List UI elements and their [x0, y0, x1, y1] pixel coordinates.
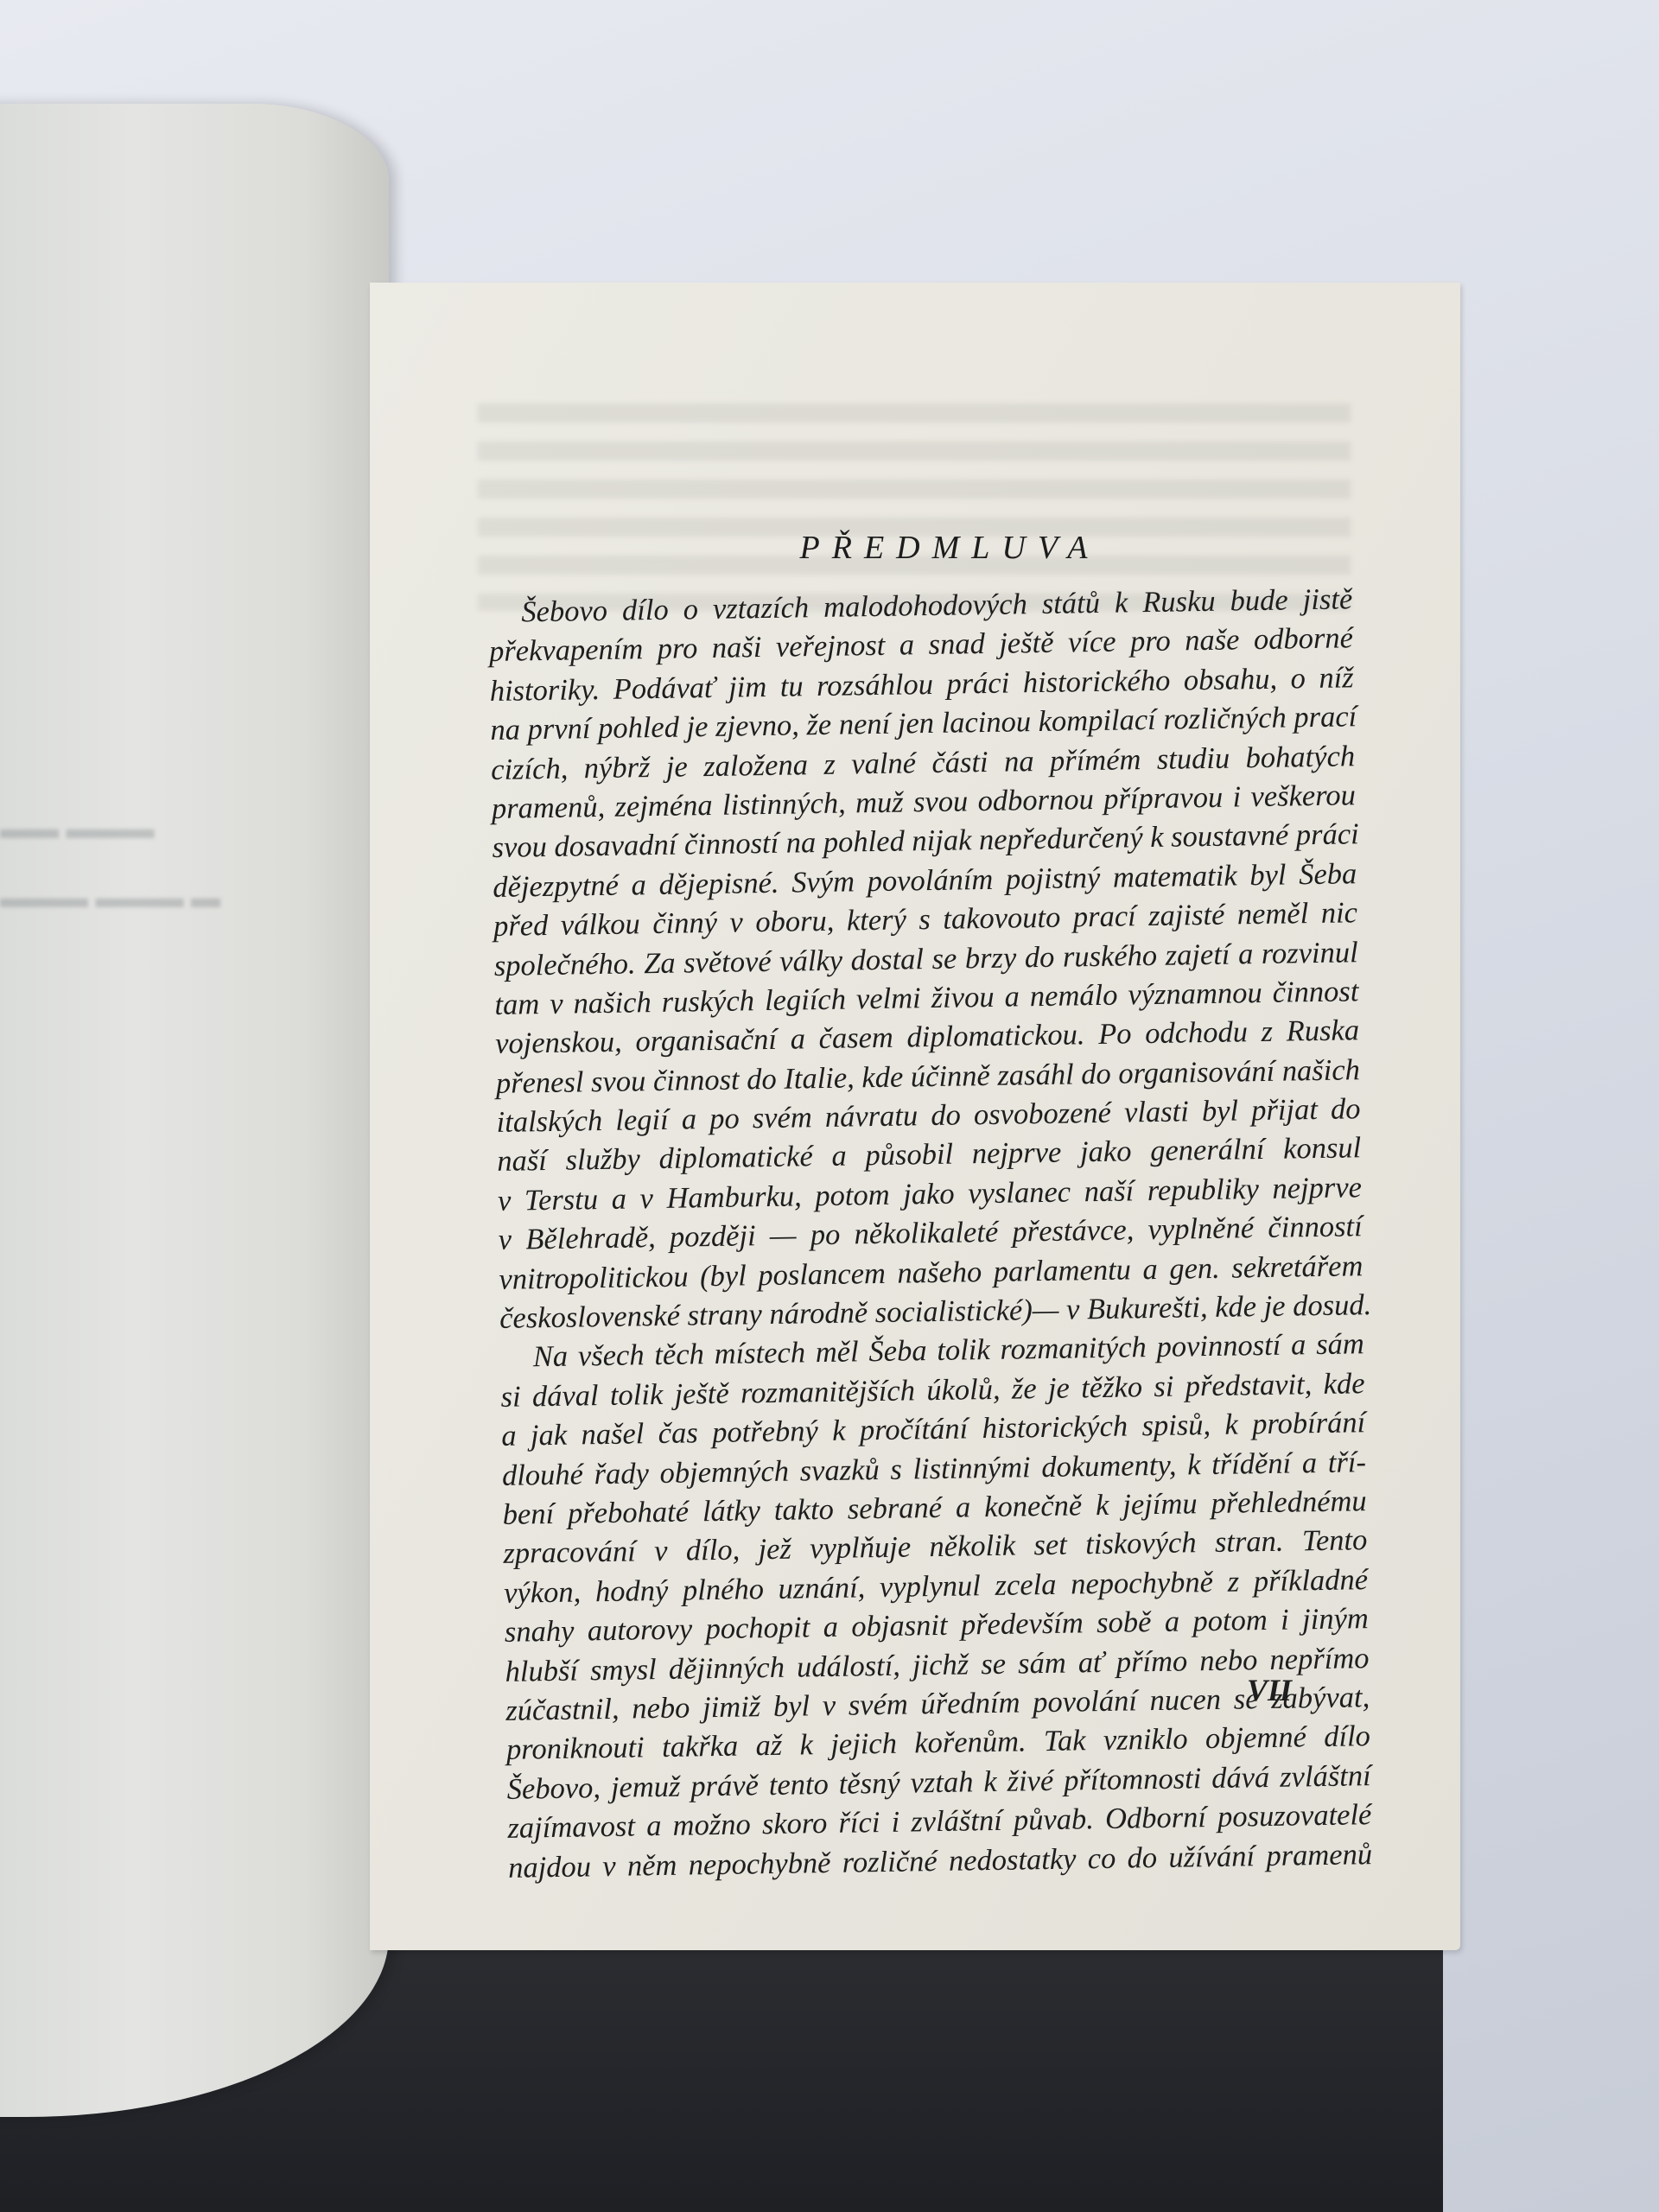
left-page: ▬▬ ▬▬▬▬▬▬ ▬▬▬ ▬ — [0, 104, 389, 2117]
body-text: Šebovo dílo o vztazích malodohodových st… — [488, 580, 1372, 1887]
page-number: VII — [1247, 1672, 1292, 1708]
book-photo: ▬▬ ▬▬▬▬▬▬ ▬▬▬ ▬ PŘEDMLUVA Šebovo dílo o … — [0, 0, 1659, 2212]
right-page: PŘEDMLUVA Šebovo dílo o vztazích malodoh… — [370, 283, 1460, 1950]
left-page-bleed-through: ▬▬ ▬▬▬▬▬▬ ▬▬▬ ▬ — [0, 795, 363, 933]
page-title: PŘEDMLUVA — [370, 529, 1460, 567]
right-page-bleed-through — [478, 404, 1351, 611]
